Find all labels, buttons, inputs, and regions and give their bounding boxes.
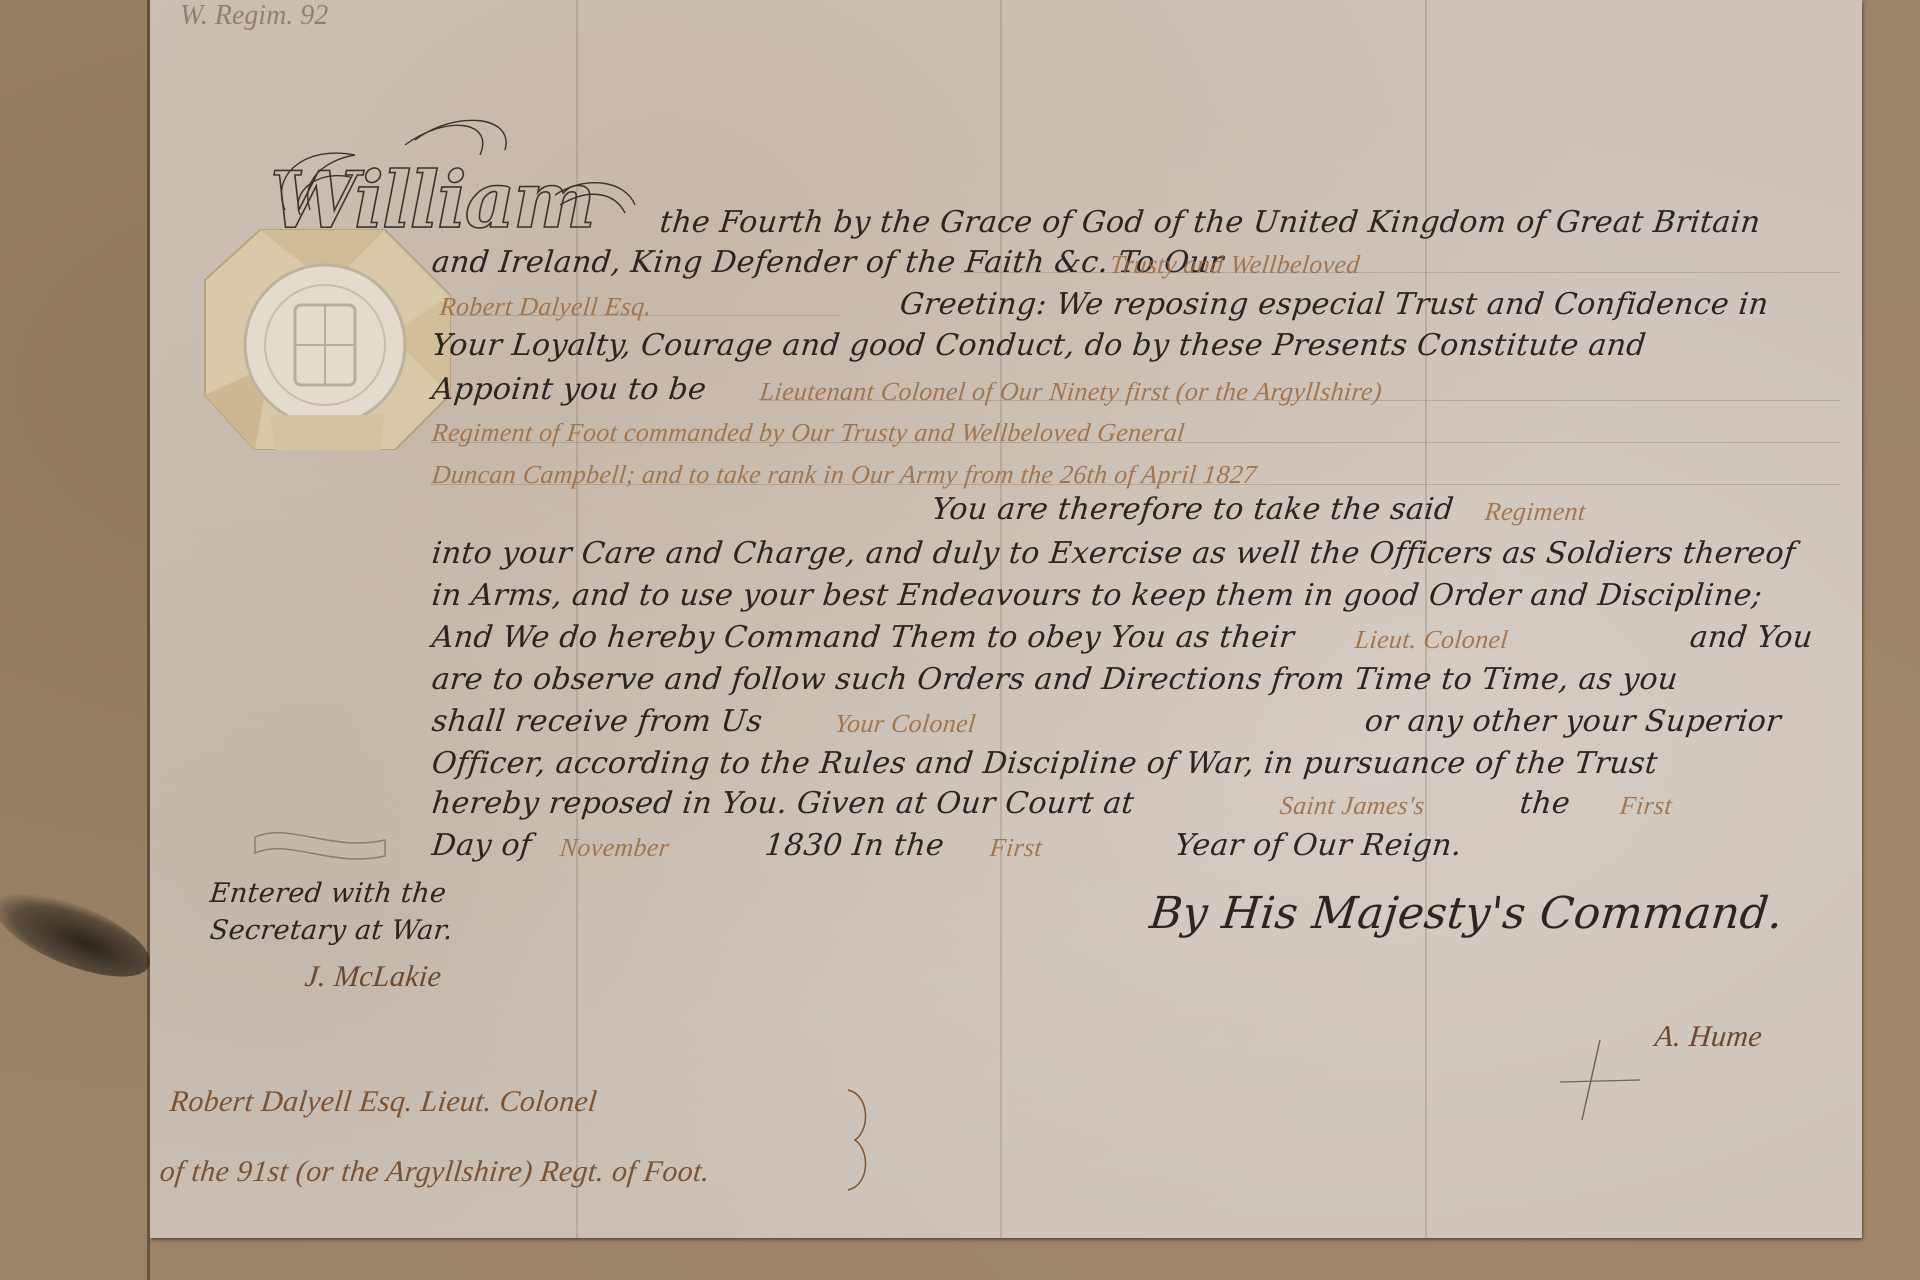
text-line-14: Officer, according to the Rules and Disc… (430, 746, 1659, 781)
fold-crease (1000, 0, 1002, 1238)
endorsement-line-2: of the 91st (or the Argyllshire) Regt. o… (158, 1155, 711, 1189)
ms-insert: Regiment of Foot commanded by Our Trusty… (430, 418, 1186, 448)
text-line-13b: or any other your Superior (1363, 704, 1783, 739)
text-line-10: in Arms, and to use your best Endeavours… (430, 578, 1764, 613)
ms-insert: November (558, 833, 670, 863)
ms-insert: Trusty and Wellbeloved (1108, 250, 1361, 280)
ms-insert: Duncan Campbell; and to take rank in Our… (430, 460, 1258, 490)
text-line-15b: the (1518, 786, 1572, 821)
text-line-15: hereby reposed in You. Given at Our Cour… (430, 786, 1136, 821)
text-line-13: shall receive from Us (430, 704, 764, 739)
text-line-2: and Ireland, King Defender of the Faith … (430, 245, 1225, 280)
text-line-5: Appoint you to be (430, 372, 708, 407)
countersignature: A. Hume (1653, 1020, 1764, 1054)
ms-insert: Regiment (1483, 497, 1587, 527)
cross-mark-icon (1560, 1040, 1640, 1120)
secretary-signature: J. McLakie (303, 960, 443, 994)
text-line-12: are to observe and follow such Orders an… (430, 662, 1679, 697)
ms-insert: Saint James's (1278, 791, 1426, 821)
text-line-4: Your Loyalty, Courage and good Conduct, … (430, 328, 1648, 363)
text-line-8: You are therefore to take the said (930, 492, 1455, 527)
command-line: By His Majesty's Command. (1147, 888, 1785, 939)
entered-note-line-1: Entered with the (208, 878, 448, 909)
embossed-ribbon-stamp-icon (250, 822, 390, 872)
text-line-11b: and You (1688, 620, 1814, 655)
text-line-9: into your Care and Charge, and duly to E… (430, 536, 1797, 571)
text-line-16c: Year of Our Reign. (1173, 828, 1463, 863)
text-line-11: And We do hereby Command Them to obey Yo… (430, 620, 1296, 655)
fold-crease (1425, 0, 1427, 1238)
wafer-seal-icon (200, 225, 455, 450)
text-line-16: Day of (430, 828, 533, 863)
ms-insert-name: Robert Dalyell Esq. (438, 292, 653, 322)
text-line-1: the Fourth by the Grace of God of the Un… (658, 205, 1762, 240)
ms-insert: First (1618, 791, 1673, 821)
brace-mark-icon (840, 1085, 880, 1195)
endorsement-line-1: Robert Dalyell Esq. Lieut. Colonel (168, 1085, 598, 1119)
top-margin-note: W. Regim. 92 (180, 0, 328, 32)
text-line-3: Greeting: We reposing especial Trust and… (898, 287, 1770, 322)
ink-smudge (0, 876, 160, 993)
entered-note-line-2: Secretary at War. (208, 915, 454, 946)
ms-insert: First (988, 833, 1043, 863)
ms-insert: Lieutenant Colonel of Our Ninety first (… (758, 377, 1383, 407)
text-line-16b: 1830 In the (763, 828, 946, 863)
ms-insert: Your Colonel (833, 709, 977, 739)
ms-insert: Lieut. Colonel (1353, 625, 1509, 655)
